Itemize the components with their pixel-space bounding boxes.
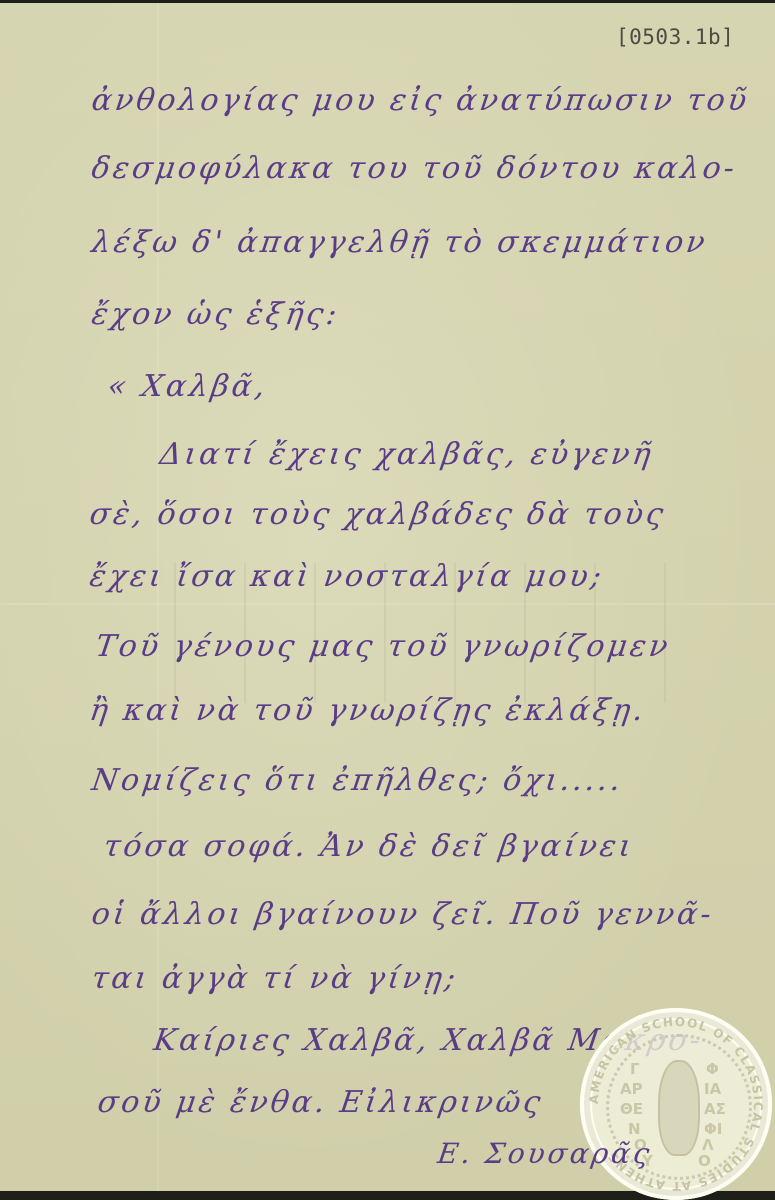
letter-line-2: δεσμοφύλακα του τοῦ δόντου καλο-	[90, 151, 740, 186]
letter-line-5: « Χαλβᾶ,	[106, 369, 271, 404]
seal-letter: Φ	[706, 1060, 719, 1078]
seal-letter: ΑΣ	[704, 1100, 726, 1118]
letter-line-9: Τοῦ γένους μας τοῦ γνωρίζομεν	[94, 629, 673, 664]
seal-letter: ΙΑ	[704, 1080, 721, 1098]
letter-line-1: ἀνθολογίας μου εἰς ἀνατύπωσιν τοῦ	[90, 83, 752, 118]
letter-line-7: σὲ, ὅσοι τοὺς χαλβάδες δὰ τοὺς	[88, 497, 669, 532]
seal-letter: Ο	[698, 1152, 711, 1170]
signature: Ε. Σουσαρᾶς	[436, 1137, 655, 1170]
letter-line-10: ἢ καὶ νὰ τοῦ γνωρίζῃς ἐκλάξῃ.	[88, 693, 649, 728]
seal-letter: Γ	[630, 1060, 640, 1078]
letter-line-3: λέξω δ' ἀπαγγελθῇ τὸ σκεμμάτιον	[90, 225, 711, 260]
archive-reference-label: [0503.1b]	[616, 25, 734, 49]
letter-line-4: ἔχον ὡς ἑξῆς:	[90, 297, 342, 332]
letter-line-14: ται ἀγγὰ τί νὰ γίνῃ;	[90, 961, 461, 996]
letter-line-6: Διατί ἔχεις χαλβᾶς, εὐγενῆ	[158, 437, 656, 472]
letter-line-11: Νομίζεις ὅτι ἐπῆλθες; ὄχι.....	[90, 763, 626, 798]
letter-page: [0503.1b] ἀνθολογίας μου εἰς ἀνατύπωσιν …	[0, 3, 775, 1191]
letter-line-8: ἔχει ἴσα καὶ νοσταλγία μου;	[88, 559, 607, 594]
letter-line-12: τόσα σοφά. Ἀν δὲ δεῖ βγαίνει	[102, 829, 637, 864]
seal-letter: ΘΕ	[620, 1100, 643, 1118]
letter-line-13: οἱ ἄλλοι βγαίνουν ζεῖ. Ποῦ γεννᾶ-	[90, 897, 717, 932]
seal-letter: ΑΡ	[620, 1080, 643, 1098]
amphora-icon	[658, 1060, 700, 1156]
letter-line-16: σοῦ μὲ ἔνθα. Εἰλικρινῶς	[96, 1085, 546, 1120]
